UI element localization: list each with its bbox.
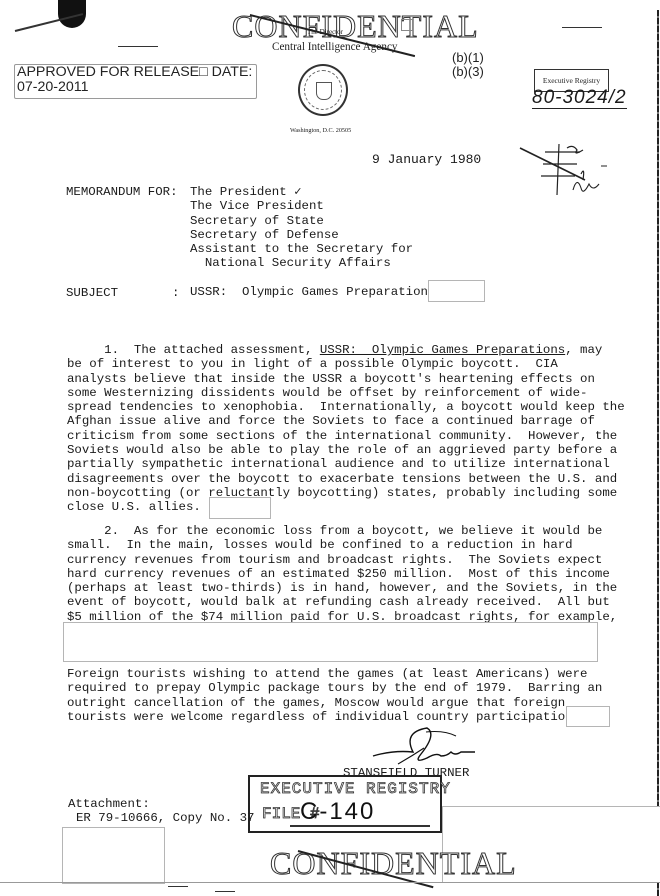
- scan-mark: [215, 891, 235, 892]
- release-stamp-date: 07-20-2011: [15, 80, 256, 95]
- release-stamp: APPROVED FOR RELEASE□ DATE: 07-20-2011: [14, 64, 257, 99]
- exemption-b3: (b)(3): [452, 65, 484, 78]
- paragraph-line: Soviets would also be able to play the r…: [67, 443, 625, 457]
- attachment-reference: ER 79-10666, Copy No. 37: [76, 811, 254, 825]
- paragraph-line: event of boycott, would balk at refundin…: [67, 595, 617, 609]
- agency-name: Central Intelligence Agency: [272, 41, 398, 53]
- subject-text: USSR: Olympic Games Preparations: [190, 285, 435, 299]
- scan-mark: [562, 27, 602, 28]
- recipient: National Security Affairs: [190, 256, 413, 270]
- attachment-label: Attachment:: [68, 797, 150, 811]
- paragraph-line: Foreign tourists wishing to attend the g…: [67, 667, 602, 681]
- cia-seal-shield-icon: [316, 82, 332, 100]
- paragraph-line: criticism from some sections of the inte…: [67, 429, 625, 443]
- registry-stamp-title: EXECUTIVE REGISTRY: [260, 780, 451, 798]
- scan-mark: [118, 46, 158, 47]
- registry-stamp-file-number: C-140: [300, 800, 375, 824]
- signature-icon: [368, 726, 478, 770]
- paragraph-line: analysts believe that inside the USSR a …: [67, 372, 625, 386]
- paragraph-line: partially sympathetic international audi…: [67, 457, 625, 471]
- memo-for-label: MEMORANDUM FOR:: [66, 185, 178, 199]
- page-bottom-edge: [0, 882, 660, 883]
- paragraph-line: be of interest to you in light of a poss…: [67, 357, 625, 371]
- paragraph-line: small. In the main, losses would be conf…: [67, 538, 617, 552]
- paragraph-line: required to prepay Olympic package tours…: [67, 681, 602, 695]
- paragraph-line: outright cancellation of the games, Mosc…: [67, 696, 602, 710]
- recipient: The Vice President: [190, 199, 413, 213]
- director-label: The Director: [307, 28, 343, 36]
- recipient: Assistant to the Secretary for: [190, 242, 413, 256]
- paragraph-line: disagreements over the boycott to exacer…: [67, 472, 625, 486]
- paragraph-line: close U.S. allies.: [67, 500, 625, 514]
- redaction-box: [63, 622, 598, 662]
- recipient: Secretary of State: [190, 214, 413, 228]
- classification-checkbox: [401, 19, 413, 31]
- redaction-box: [566, 706, 610, 727]
- recipient: The President ✓: [190, 185, 413, 199]
- paragraph-line: (perhaps at least two-thirds) is in hand…: [67, 581, 617, 595]
- redaction-box: [428, 280, 485, 302]
- scan-mark: [168, 886, 188, 887]
- memo-date: 9 January 1980: [372, 153, 481, 167]
- classification-top: CONFIDENTIAL: [232, 10, 479, 42]
- agency-address: Washington, D.C. 20505: [290, 127, 351, 134]
- page-edge-line: [657, 10, 659, 896]
- paragraph-line: non-boycotting (or reluctantly boycottin…: [67, 486, 625, 500]
- paragraph-line: Afghan issue alive and force the Soviets…: [67, 414, 625, 428]
- subject-colon: :: [172, 286, 179, 300]
- paragraph-line: hard currency revenues of an estimated $…: [67, 567, 617, 581]
- registry-number: 80-3024/2: [532, 88, 627, 109]
- paragraph-line: 2. As for the economic loss from a boyco…: [67, 524, 617, 538]
- paragraph-line: 1. The attached assessment, USSR: Olympi…: [67, 343, 625, 357]
- paragraph-line: currency revenues from tourism and broad…: [67, 553, 617, 567]
- recipient-list: The President ✓ The Vice President Secre…: [190, 185, 413, 271]
- redaction-box: [62, 827, 165, 884]
- exemption-b1: (b)(1): [452, 51, 484, 64]
- registry-stamp-underline: [290, 825, 430, 827]
- routing-initials-icon: [515, 140, 615, 205]
- paragraph-1: 1. The attached assessment, USSR: Olympi…: [67, 343, 625, 515]
- subject-label: SUBJECT: [66, 286, 118, 300]
- redaction-box: [209, 497, 271, 519]
- release-stamp-line1: APPROVED FOR RELEASE□ DATE:: [15, 65, 256, 80]
- assessment-title: USSR: Olympic Games Preparations: [320, 343, 565, 357]
- paragraph-line: some Westernizing dissidents would be of…: [67, 386, 625, 400]
- paragraph-line: spread tendencies to xenophobia. Interna…: [67, 400, 625, 414]
- paragraph-line: tourists were welcome regardless of indi…: [67, 710, 602, 724]
- paragraph-2-continued: Foreign tourists wishing to attend the g…: [67, 667, 602, 724]
- recipient: Secretary of Defense: [190, 228, 413, 242]
